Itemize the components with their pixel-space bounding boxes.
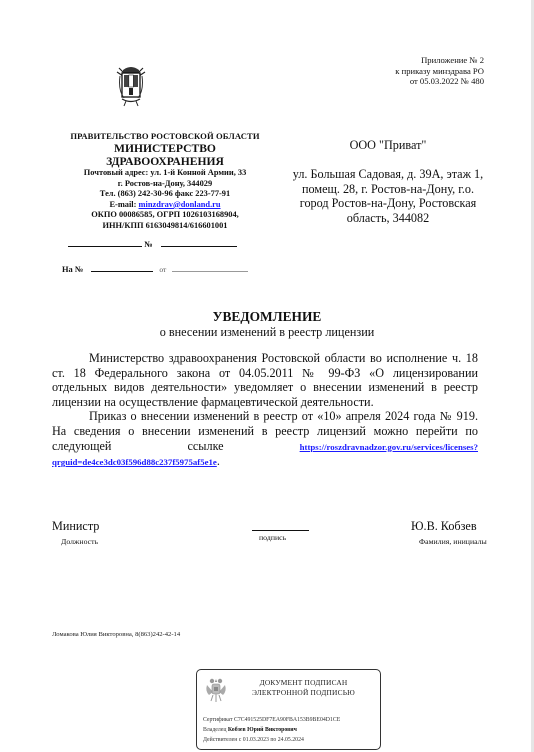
email-label: E-mail: [109,200,138,209]
incoming-number-blank [91,263,153,272]
position-label: Должность [61,537,98,546]
stamp-title-line-1: ДОКУМЕНТ ПОДПИСАН [231,678,376,688]
russian-eagle-icon [205,676,227,704]
owner-row: Владелец Кобзев Юрий Викторович [203,727,297,733]
signer-position: Министр [52,519,99,534]
recipient-org: ООО "Приват" [278,138,498,153]
signature-line [252,530,309,531]
signature-label: подпись [259,533,286,542]
document-page: Приложение № 2 к приказу минздрава РО от… [0,0,531,752]
incoming-reference-field: На № от [62,263,248,274]
link-suffix: . [217,454,220,468]
notice-paragraph-2: Приказ о внесении изменений в реестр от … [52,409,478,469]
certificate-value: C7C491525DF7EA90FBA153B9BE04D1CE [234,717,340,723]
recipient-address-line: ул. Большая Садовая, д. 39А, этаж 1, [278,167,498,182]
incoming-from-label: от [159,265,166,274]
notice-body: Министерство здравоохранения Ростовской … [52,351,478,470]
appendix-line-3: от 05.03.2022 № 480 [395,76,484,87]
notice-paragraph-1: Министерство здравоохранения Ростовской … [52,351,478,409]
ministry-name-line-1: МИНИСТЕРСТВО [50,142,280,155]
stamp-title: ДОКУМЕНТ ПОДПИСАН ЭЛЕКТРОННОЙ ПОДПИСЬЮ [231,678,376,697]
validity-row: Действителен с 01.03.2023 по 24.05.2024 [203,737,304,743]
recipient-address-line: область, 344082 [278,211,498,226]
phone-fax: Тел. (863) 242-30-96 факс 223-77-91 [50,189,280,200]
stamp-title-line-2: ЭЛЕКТРОННОЙ ПОДПИСЬЮ [231,688,376,698]
ministry-name-line-2: ЗДРАВООХРАНЕНИЯ [50,155,280,168]
notice-title: УВЕДОМЛЕНИЕ [0,309,534,325]
e-signature-stamp: ДОКУМЕНТ ПОДПИСАН ЭЛЕКТРОННОЙ ПОДПИСЬЮ С… [196,669,381,750]
government-name: ПРАВИТЕЛЬСТВО РОСТОВСКОЙ ОБЛАСТИ [50,131,280,142]
ministry-letterhead: ПРАВИТЕЛЬСТВО РОСТОВСКОЙ ОБЛАСТИ МИНИСТЕ… [50,131,280,232]
rostov-oblast-coat-of-arms-icon [116,62,146,108]
postal-city: г. Ростов-на-Дону, 344029 [50,179,280,190]
appendix-note: Приложение № 2 к приказу минздрава РО от… [395,55,484,87]
outgoing-number-field: № [68,238,237,249]
okpo-ogrn: ОКПО 00086585, ОГРП 1026103168904, [50,210,280,221]
email-link[interactable]: minzdrav@donland.ru [139,200,221,209]
executor-contact: Ломакова Юлия Викторовна, 8(863)242-42-1… [52,631,180,638]
owner-value: Кобзев Юрий Викторович [228,727,297,733]
outgoing-number-blank [161,238,237,247]
certificate-row: Сертификат C7C491525DF7EA90FBA153B9BE04D… [203,717,340,723]
incoming-number-label: На № [62,265,83,274]
certificate-label: Сертификат [203,717,234,723]
signer-name: Ю.В. Кобзев [411,519,477,534]
recipient-block: ООО "Приват" ул. Большая Садовая, д. 39А… [278,138,498,225]
email-row: E-mail: minzdrav@donland.ru [50,200,280,211]
recipient-address-line: помещ. 28, г. Ростов-на-Дону, г.о. [278,182,498,197]
name-label: Фамилия, инициалы [419,537,487,546]
appendix-line-1: Приложение № 2 [395,55,484,66]
incoming-date-blank [172,263,248,272]
postal-address: Почтовый адрес: ул. 1-й Конной Армии, 33 [50,168,280,179]
appendix-line-2: к приказу минздрава РО [395,66,484,77]
inn-kpp: ИНН/КПП 6163049814/616601001 [50,221,280,232]
owner-label: Владелец [203,727,228,733]
outgoing-number-label: № [144,240,152,249]
notice-subtitle: о внесении изменений в реестр лицензии [0,325,534,340]
outgoing-date-blank [68,238,142,247]
recipient-address-line: город Ростов-на-Дону, Ростовская [278,196,498,211]
